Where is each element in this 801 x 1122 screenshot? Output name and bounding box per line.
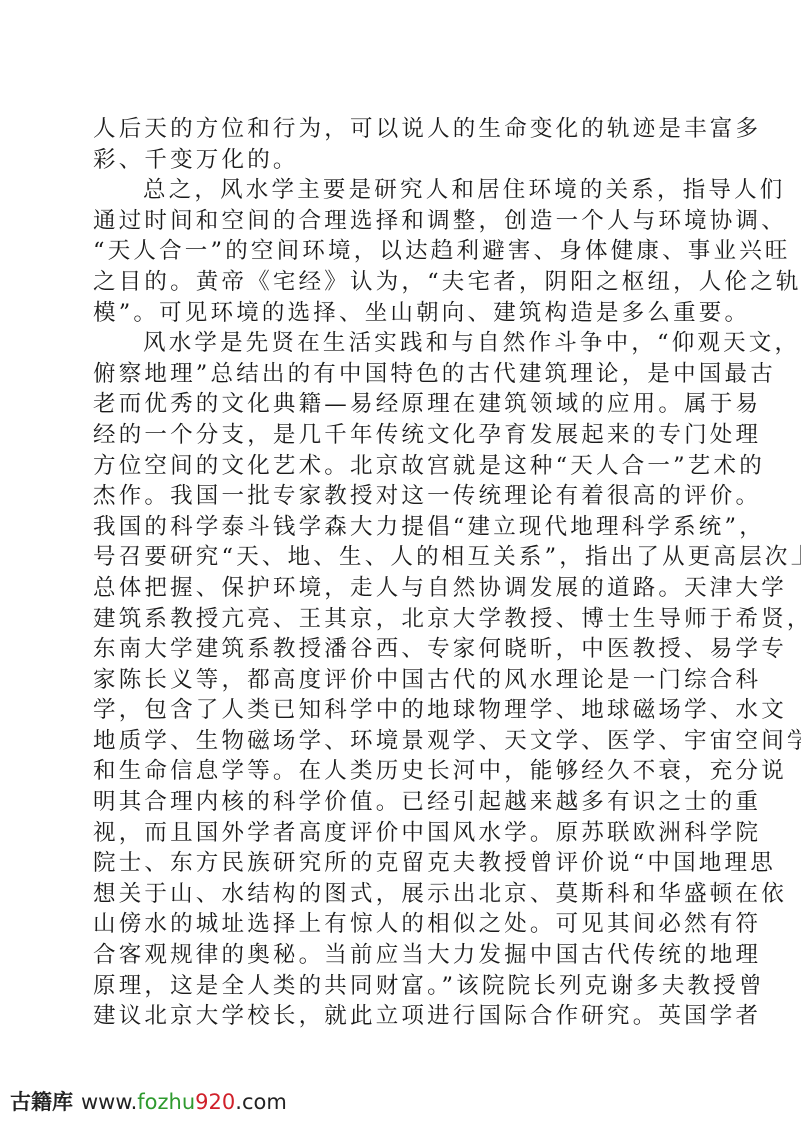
- text-line: 人后天的方位和行为，可以说人的生命变化的轨迹是丰富多: [93, 114, 713, 145]
- page-body: 人后天的方位和行为，可以说人的生命变化的轨迹是丰富多彩、千变万化的。总之，风水学…: [93, 114, 713, 1032]
- text-line: 山傍水的城址选择上有惊人的相似之处。可见其间必然有符: [93, 909, 713, 940]
- text-line: 建筑系教授亢亮、王其京，北京大学教授、博士生导师于希贤，: [93, 604, 713, 635]
- text-line: 学，包含了人类已知科学中的地球物理学、地球磁场学、水文: [93, 695, 713, 726]
- watermark-brand: 古籍库: [10, 1090, 73, 1114]
- watermark-url-green: fozhu: [137, 1090, 195, 1114]
- watermark-url-red: 920: [195, 1090, 235, 1114]
- text-line: 原理，这是全人类的共同财富。”该院院长列克谢多夫教授曾: [93, 971, 713, 1002]
- text-line: 彩、千变万化的。: [93, 145, 713, 176]
- text-line: 老而优秀的文化典籍—易经原理在建筑领域的应用。属于易: [93, 389, 713, 420]
- watermark-footer: 古籍库www.fozhu920.com: [10, 1086, 287, 1116]
- text-line: 杰作。我国一批专家教授对这一传统理论有着很高的评价。: [93, 481, 713, 512]
- text-line: 风水学是先贤在生活实践和与自然作斗争中，“仰观天文，: [93, 328, 713, 359]
- text-line: 家陈长义等，都高度评价中国古代的风水理论是一门综合科: [93, 665, 713, 696]
- text-line: 视，而且国外学者高度评价中国风水学。原苏联欧洲科学院: [93, 818, 713, 849]
- text-line: 建议北京大学校长，就此立项进行国际合作研究。英国学者: [93, 1001, 713, 1032]
- text-line: 通过时间和空间的合理选择和调整，创造一个人与环境协调、: [93, 206, 713, 237]
- text-line: 和生命信息学等。在人类历史长河中，能够经久不衰，充分说: [93, 756, 713, 787]
- text-line: 想关于山、水结构的图式，展示出北京、莫斯科和华盛顿在依: [93, 879, 713, 910]
- text-line: 俯察地理”总结出的有中国特色的古代建筑理论，是中国最古: [93, 359, 713, 390]
- text-line: 地质学、生物磁场学、环境景观学、天文学、医学、宇宙空间学: [93, 726, 713, 757]
- text-line: 总体把握、保护环境，走人与自然协调发展的道路。天津大学: [93, 573, 713, 604]
- text-line: 明其合理内核的科学价值。已经引起越来越多有识之士的重: [93, 787, 713, 818]
- watermark-url-prefix: www.: [81, 1090, 137, 1114]
- text-line: 合客观规律的奥秘。当前应当大力发掘中国古代传统的地理: [93, 940, 713, 971]
- text-line: 东南大学建筑系教授潘谷西、专家何晓昕，中医教授、易学专: [93, 634, 713, 665]
- text-line: 号召要研究“天、地、生、人的相互关系”，指出了从更高层次上: [93, 542, 713, 573]
- text-line: 我国的科学泰斗钱学森大力提倡“建立现代地理科学系统”，: [93, 512, 713, 543]
- text-line: 之目的。黄帝《宅经》认为，“夫宅者，阴阳之枢纽，人伦之轨: [93, 267, 713, 298]
- text-line: 院士、东方民族研究所的克留克夫教授曾评价说“中国地理思: [93, 848, 713, 879]
- text-line: 模”。可见环境的选择、坐山朝向、建筑构造是多么重要。: [93, 298, 713, 329]
- text-line: 经的一个分支，是几千年传统文化孕育发展起来的专门处理: [93, 420, 713, 451]
- text-line: 方位空间的文化艺术。北京故宫就是这种“天人合一”艺术的: [93, 451, 713, 482]
- text-line: 总之，风水学主要是研究人和居住环境的关系，指导人们: [93, 175, 713, 206]
- watermark-url-suffix: .com: [235, 1090, 287, 1114]
- text-line: “天人合一”的空间环境，以达趋利避害、身体健康、事业兴旺: [93, 236, 713, 267]
